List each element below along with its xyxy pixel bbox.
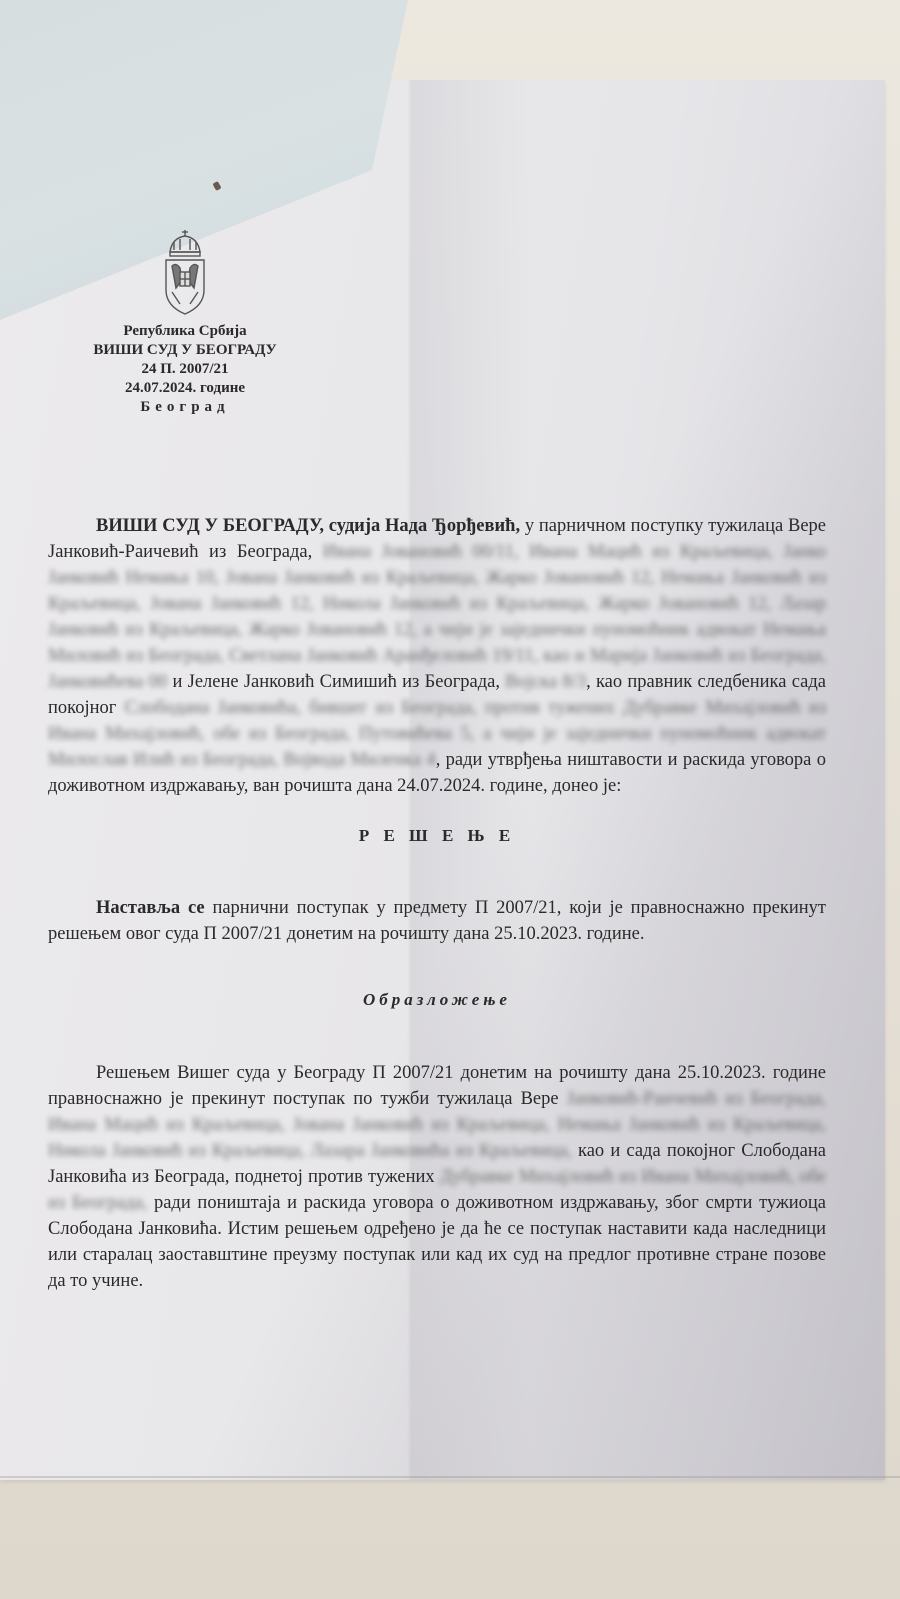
- letterhead: Република Србија ВИШИ СУД У БЕОГРАДУ 24 …: [60, 228, 310, 417]
- obrazlozenje-paragraph: Решењем Вишег суда у Београду П 2007/21 …: [48, 1060, 826, 1294]
- document-date: 24.07.2024. године: [60, 379, 310, 398]
- city-name: Београд: [60, 398, 310, 417]
- country-name: Република Србија: [60, 322, 310, 341]
- court-and-judge: ВИШИ СУД У БЕОГРАДУ, судија Нада Ђорђеви…: [96, 516, 520, 536]
- case-number: 24 П. 2007/21: [60, 360, 310, 379]
- court-name: ВИШИ СУД У БЕОГРАДУ: [60, 341, 310, 360]
- intro-text-2: и Јелене Јанковић Симишић из Београда,: [167, 672, 505, 692]
- resenje-bold: Наставља се: [96, 898, 205, 918]
- intro-paragraph: ВИШИ СУД У БЕОГРАДУ, судија Нада Ђорђеви…: [48, 513, 826, 799]
- obrazlozenje-text-3: ради поништаја и раскида уговора о дожив…: [48, 1193, 826, 1291]
- redacted-text: Ивана Јовановић 00/11, Ивана Мацић из Кр…: [48, 542, 826, 692]
- obrazlozenje-heading: Образложење: [48, 990, 826, 1010]
- page-fold-line: [0, 1476, 900, 1478]
- resenje-paragraph: Наставља се парнични поступак у предмету…: [48, 895, 826, 947]
- serbia-coat-of-arms-icon: [162, 228, 208, 316]
- resenje-heading: Р Е Ш Е Њ Е: [48, 826, 826, 846]
- redacted-text: Војска 8/3: [505, 672, 586, 692]
